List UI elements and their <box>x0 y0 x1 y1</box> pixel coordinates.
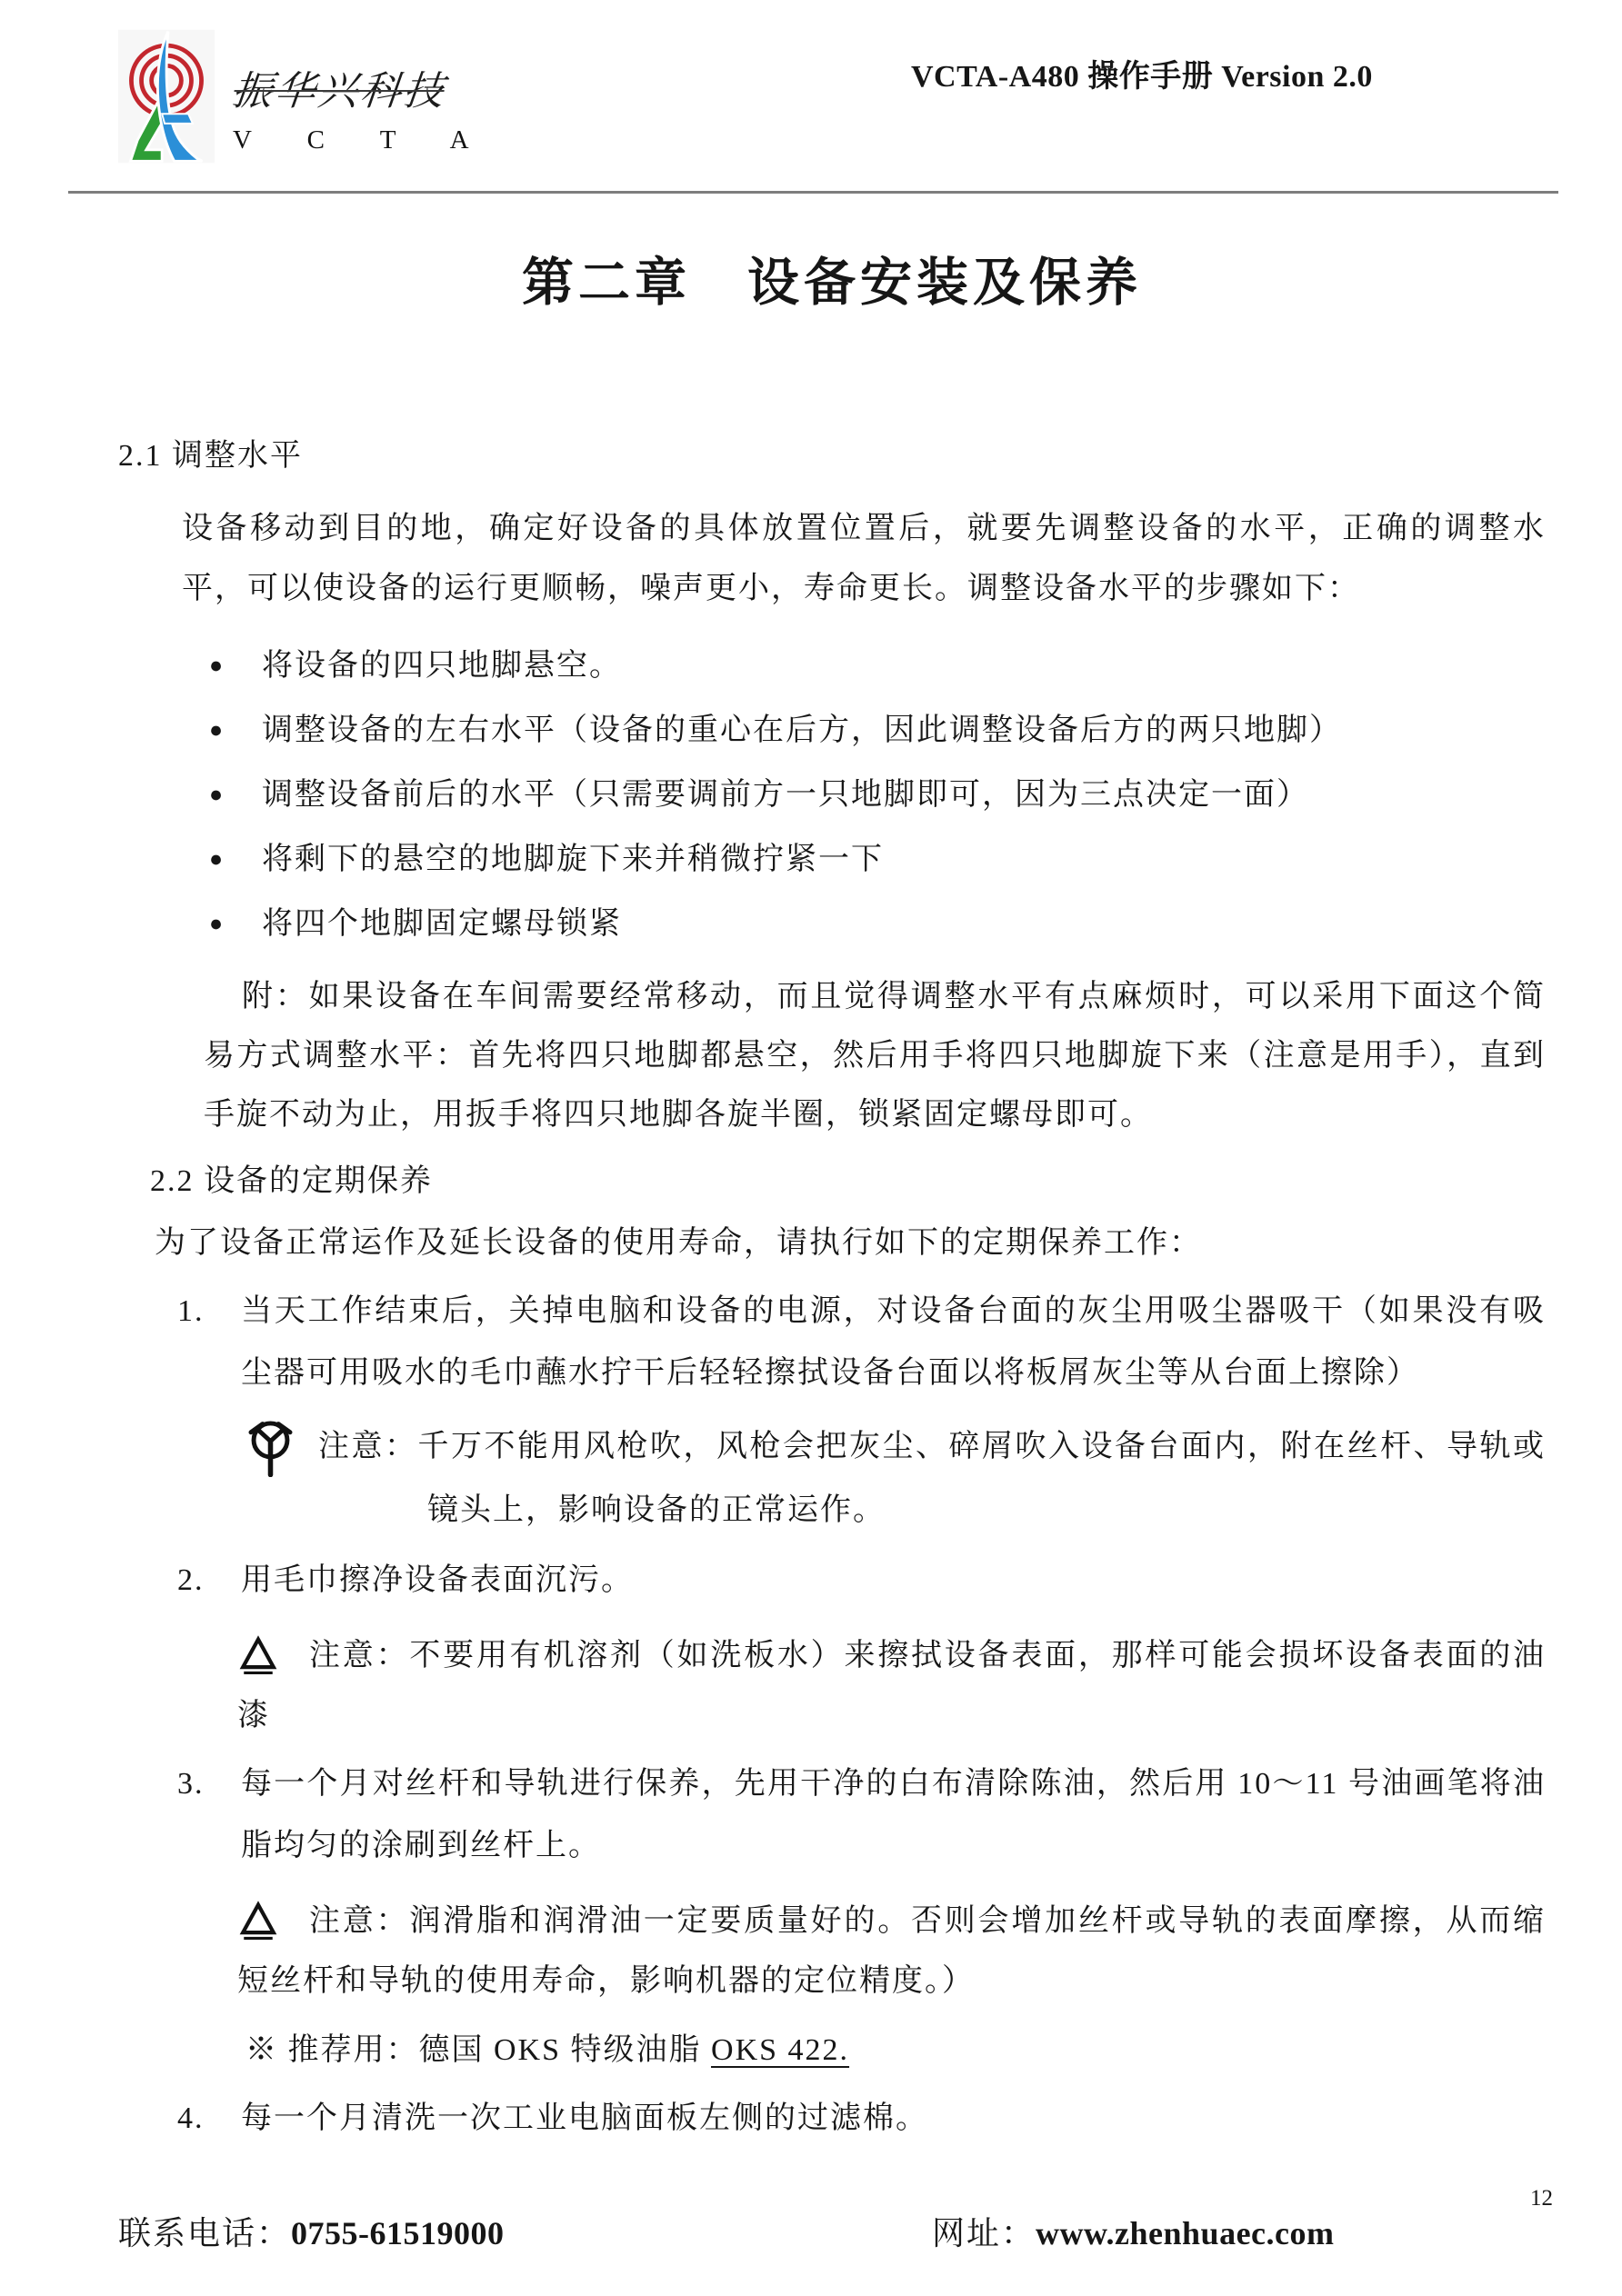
list-item: ● 调整设备的左右水平（设备的重心在后方，因此调整设备后方的两只地脚） <box>209 698 1546 763</box>
list-item: ● 将设备的四只地脚悬空。 <box>209 634 1546 698</box>
page-number: 12 <box>1530 2186 1553 2211</box>
company-name-cn: 振华兴科技 <box>230 58 450 116</box>
document-body: 2.1 调整水平 设备移动到目的地，确定好设备的具体放置位置后，就要先调整设备的… <box>118 426 1546 2150</box>
item-number: 3. <box>177 1753 241 1877</box>
company-name-en: V C T A <box>233 125 494 155</box>
page-footer: 联系电话：0755-61519000 网址：www.zhenhuaec.com … <box>118 2208 1564 2254</box>
leveling-steps-list: ● 将设备的四只地脚悬空。 ● 调整设备的左右水平（设备的重心在后方，因此调整设… <box>118 634 1546 956</box>
contact-phone-label: 联系电话： <box>118 2215 291 2251</box>
solvent-warning-note: 注意：不要用有机溶剂（如洗板水）来擦拭设备表面，那样可能会损坏设备表面的油漆 <box>237 1626 1546 1746</box>
note-text: 注意：润滑脂和润滑油一定要质量好的。否则会增加丝杆或导轨的表面摩擦，从而缩短丝杆… <box>237 1904 1546 1998</box>
section-2-1-appendix-note: 附：如果设备在车间需要经常移动，而且觉得调整水平有点麻烦时，可以采用下面这个简易… <box>204 967 1546 1144</box>
maintenance-item-1: 1. 当天工作结束后，关掉电脑和设备的电源，对设备台面的灰尘用吸尘器吸干（如果没… <box>177 1281 1546 1404</box>
list-item-text: 将设备的四只地脚悬空。 <box>262 634 622 698</box>
chapter-title: 第二章 设备安装及保养 <box>118 250 1546 317</box>
maintenance-item-2: 2. 用毛巾擦净设备表面沉污。 <box>177 1550 1546 1612</box>
section-heading-2-1: 2.1 调整水平 <box>118 426 1546 486</box>
item-number: 1. <box>177 1281 241 1404</box>
warning-triangle-icon <box>239 1635 277 1676</box>
company-name-block: 振华兴科技 V C T A <box>233 58 494 155</box>
website-label: 网址： <box>932 2215 1036 2251</box>
bullet-icon: ● <box>209 698 262 763</box>
item-text: 用毛巾擦净设备表面沉污。 <box>241 1550 1546 1612</box>
item-text: 每一个月清洗一次工业电脑面板左侧的过滤棉。 <box>241 2088 1546 2150</box>
grease-warning-note: 注意：润滑脂和润滑油一定要质量好的。否则会增加丝杆或导轨的表面摩擦，从而缩短丝杆… <box>237 1892 1546 2011</box>
air-gun-warning-note: 注意：千万不能用风枪吹，风枪会把灰尘、碎屑吹入设备台面内，附在丝杆、导轨或镜头上… <box>427 1415 1546 1542</box>
maintenance-item-3: 3. 每一个月对丝杆和导轨进行保养，先用干净的白布清除陈油，然后用 10～11 … <box>177 1753 1546 1877</box>
warning-triangle-icon <box>239 1901 277 1942</box>
air-blow-gun-icon <box>245 1419 295 1477</box>
list-item: ● 将四个地脚固定螺母锁紧 <box>209 892 1546 956</box>
contact-phone-number: 0755-61519000 <box>291 2215 505 2251</box>
note-text: 注意：不要用有机溶剂（如洗板水）来擦拭设备表面，那样可能会损坏设备表面的油漆 <box>237 1639 1546 1732</box>
website-url: www.zhenhuaec.com <box>1036 2215 1334 2251</box>
section-2-1-intro: 设备移动到目的地，确定好设备的具体放置位置后，就要先调整设备的水平，正确的调整水… <box>182 499 1546 619</box>
list-item-text: 将剩下的悬空的地脚旋下来并稍微拧紧一下 <box>262 827 884 892</box>
list-item: ● 调整设备前后的水平（只需要调前方一只地脚即可，因为三点决定一面） <box>209 763 1546 827</box>
list-item-text: 调整设备前后的水平（只需要调前方一只地脚即可，因为三点决定一面） <box>262 763 1309 827</box>
section-2-2-intro: 为了设备正常运作及延长设备的使用寿命，请执行如下的定期保养工作： <box>155 1213 1546 1273</box>
note-text: 注意：千万不能用风枪吹，风枪会把灰尘、碎屑吹入设备台面内，附在丝杆、导轨或镜头上… <box>318 1430 1546 1527</box>
bullet-icon: ● <box>209 763 262 827</box>
website-block: 网址：www.zhenhuaec.com <box>932 2208 1335 2254</box>
recommendation-text: ※ 推荐用：德国 OKS 特级油脂 <box>245 2033 711 2067</box>
item-text: 当天工作结束后，关掉电脑和设备的电源，对设备台面的灰尘用吸尘器吸干（如果没有吸尘… <box>241 1281 1546 1404</box>
document-title: VCTA-A480 操作手册 Version 2.0 <box>911 51 1373 95</box>
item-text: 每一个月对丝杆和导轨进行保养，先用干净的白布清除陈油，然后用 10～11 号油画… <box>241 1753 1546 1877</box>
item-number: 4. <box>177 2088 241 2150</box>
recommended-product: OKS 422. <box>711 2033 849 2067</box>
company-logo: 振华兴科技 V C T A <box>118 27 1546 165</box>
document-page: 振华兴科技 V C T A VCTA-A480 操作手册 Version 2.0… <box>0 0 1622 2296</box>
section-heading-2-2: 2.2 设备的定期保养 <box>150 1152 1546 1212</box>
list-item-text: 将四个地脚固定螺母锁紧 <box>262 892 622 956</box>
company-logo-icon <box>118 27 215 165</box>
bullet-icon: ● <box>209 892 262 956</box>
maintenance-item-4: 4. 每一个月清洗一次工业电脑面板左侧的过滤棉。 <box>177 2088 1546 2150</box>
list-item: ● 将剩下的悬空的地脚旋下来并稍微拧紧一下 <box>209 827 1546 892</box>
bullet-icon: ● <box>209 634 262 698</box>
header-divider <box>68 191 1558 194</box>
page-header: 振华兴科技 V C T A VCTA-A480 操作手册 Version 2.0 <box>118 0 1546 191</box>
grease-recommendation: ※ 推荐用：德国 OKS 特级油脂 OKS 422. <box>245 2021 1546 2081</box>
bullet-icon: ● <box>209 827 262 892</box>
list-item-text: 调整设备的左右水平（设备的重心在后方，因此调整设备后方的两只地脚） <box>262 698 1342 763</box>
item-number: 2. <box>177 1550 241 1612</box>
